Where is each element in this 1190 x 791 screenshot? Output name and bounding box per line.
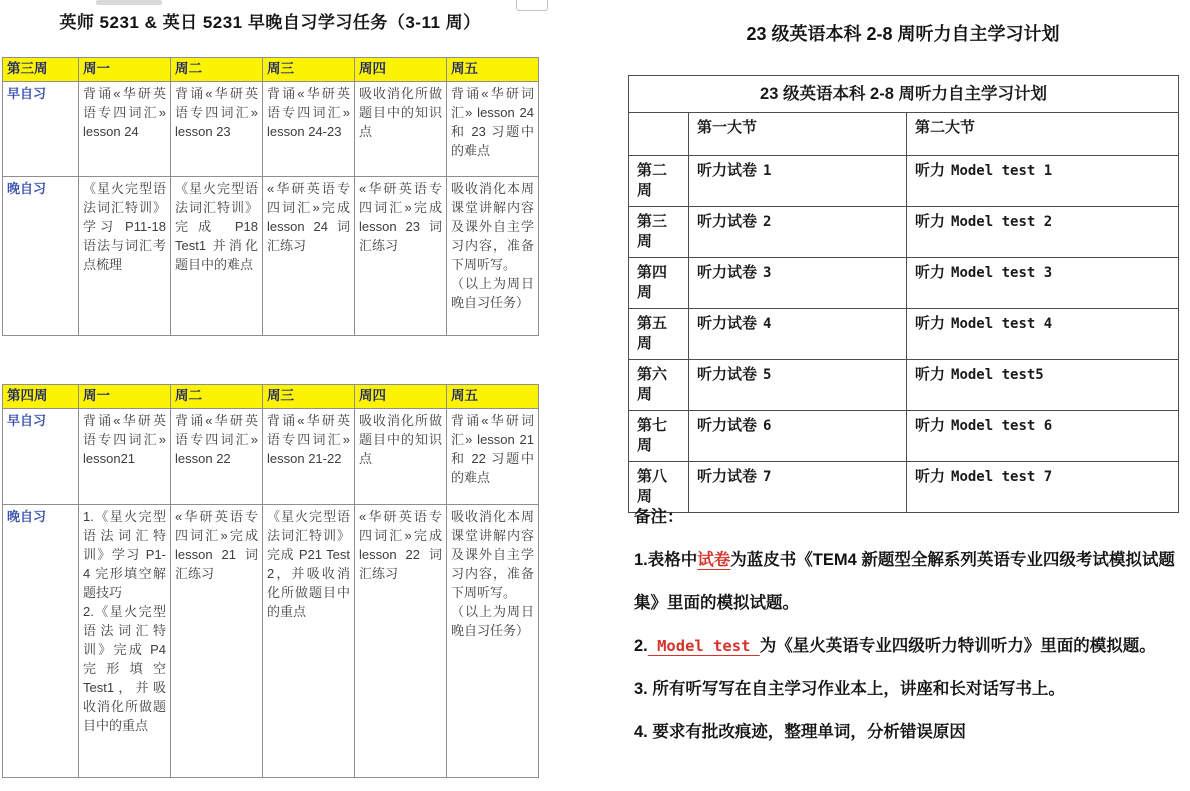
note-3: 3. 所有听写写在自主学习作业本上，讲座和长对话写书上。 [634, 668, 1186, 711]
paper-cell: 听力试卷2 [689, 207, 907, 258]
task-cell: 吸收消化所做题目中的知识点 [355, 409, 447, 505]
paper-number: 1 [763, 163, 771, 179]
listening-text: 听力 [915, 264, 945, 281]
day-header-wed: 周三 [263, 385, 355, 409]
day-header-fri: 周五 [447, 58, 539, 82]
task-cell: 背诵«华研词汇» lesson 21 和 22 习题中的难点 [447, 409, 539, 505]
paper-text: 听力试卷 [697, 366, 757, 383]
model-test-text: Model test 6 [951, 418, 1052, 434]
task-cell: «华研英语专四词汇»完成 lesson 21 词汇练习 [171, 505, 263, 778]
table-row: 第四周 听力试卷3 听力Model test 3 [629, 258, 1179, 309]
empty-corner-cell [629, 113, 689, 156]
week4-morning-row: 早自习 背诵«华研英语专四词汇» lesson21 背诵«华研英语专四词汇» l… [3, 409, 539, 505]
model-test-text: Model test5 [951, 367, 1044, 383]
paper-cell: 听力试卷5 [689, 360, 907, 411]
left-schedule-title: 英师 5231 & 英日 5231 早晚自习学习任务（3-11 周） [0, 8, 540, 33]
task-cell: 背诵«华研英语专四词汇» lesson 24 [79, 82, 171, 177]
listening-plan-page-title: 23 级英语本科 2-8 周听力自主学习计划 [628, 20, 1178, 46]
model-test-cell: 听力Model test5 [907, 360, 1179, 411]
paper-text: 听力试卷 [697, 417, 757, 434]
note-2: 2. Model test 为《星火英语专业四级听力特训听力》里面的模拟题。 [634, 625, 1186, 668]
model-test-text: Model test 4 [951, 316, 1052, 332]
model-test-cell: 听力Model test 3 [907, 258, 1179, 309]
notes-section: 备注： 1.表格中试卷为蓝皮书《TEM4 新题型全解系列英语专业四级考试模拟试题… [634, 496, 1186, 754]
period2-header: 第二大节 [907, 113, 1179, 156]
note-2-highlight: Model test [648, 637, 760, 655]
model-test-text: Model test 1 [951, 163, 1052, 179]
paper-number: 7 [763, 469, 771, 485]
task-cell: 吸收消化本周课堂讲解内容及课外自主学习内容，准备下周听写。 （以上为周日晚自习任… [447, 505, 539, 778]
task-cell: 吸收消化本周课堂讲解内容及课外自主学习内容，准备下周听写。 （以上为周日晚自习任… [447, 177, 539, 336]
week3-schedule-table: 第三周 周一 周二 周三 周四 周五 早自习 背诵«华研英语专四词汇» less… [2, 57, 539, 336]
listening-text: 听力 [915, 468, 945, 485]
listening-text: 听力 [915, 162, 945, 179]
task-cell: 背诵«华研英语专四词汇» lesson21 [79, 409, 171, 505]
listening-text: 听力 [915, 417, 945, 434]
week-label: 第二周 [629, 156, 689, 207]
week-label: 第四周 [629, 258, 689, 309]
paper-text: 听力试卷 [697, 213, 757, 230]
paper-cell: 听力试卷3 [689, 258, 907, 309]
day-header-mon: 周一 [79, 58, 171, 82]
model-test-text: Model test 7 [951, 469, 1052, 485]
week3-label: 第三周 [3, 58, 79, 82]
model-test-text: Model test 2 [951, 214, 1052, 230]
paper-cell: 听力试卷1 [689, 156, 907, 207]
listening-plan-table-title: 23 级英语本科 2-8 周听力自主学习计划 [629, 76, 1179, 113]
table-row: 第七周 听力试卷6 听力Model test 6 [629, 411, 1179, 462]
note-4: 4. 要求有批改痕迹，整理单词，分析错误原因 [634, 711, 1186, 754]
morning-row-label: 早自习 [3, 409, 79, 505]
table-row: 第五周 听力试卷4 听力Model test 4 [629, 309, 1179, 360]
task-cell: 背诵«华研词汇» lesson 24 和 23 习题中的难点 [447, 82, 539, 177]
day-header-tue: 周二 [171, 58, 263, 82]
paper-text: 听力试卷 [697, 162, 757, 179]
period1-header: 第一大节 [689, 113, 907, 156]
model-test-cell: 听力Model test 1 [907, 156, 1179, 207]
model-test-text: Model test 3 [951, 265, 1052, 281]
paper-number: 2 [763, 214, 771, 230]
task-cell: 《星火完型语法词汇特训》完成 P18 Test1 并消化题目中的难点 [171, 177, 263, 336]
listening-text: 听力 [915, 213, 945, 230]
task-cell: 《星火完型语法词汇特训》学习 P11-18 语法与词汇考点梳理 [79, 177, 171, 336]
paper-cell: 听力试卷6 [689, 411, 907, 462]
model-test-cell: 听力Model test 6 [907, 411, 1179, 462]
table-row: 第六周 听力试卷5 听力Model test5 [629, 360, 1179, 411]
scan-artifact [96, 0, 162, 5]
week3-evening-row: 晚自习 《星火完型语法词汇特训》学习 P11-18 语法与词汇考点梳理 《星火完… [3, 177, 539, 336]
model-test-cell: 听力Model test 4 [907, 309, 1179, 360]
note-1-highlight: 试卷 [697, 551, 730, 569]
paper-number: 5 [763, 367, 771, 383]
day-header-fri: 周五 [447, 385, 539, 409]
evening-row-label: 晚自习 [3, 505, 79, 778]
listening-plan-title-row: 23 级英语本科 2-8 周听力自主学习计划 [629, 76, 1179, 113]
paper-number: 3 [763, 265, 771, 281]
table-row: 第三周 听力试卷2 听力Model test 2 [629, 207, 1179, 258]
paper-number: 6 [763, 418, 771, 434]
task-cell: «华研英语专四词汇»完成 lesson 23 词汇练习 [355, 177, 447, 336]
paper-text: 听力试卷 [697, 315, 757, 332]
week4-label: 第四周 [3, 385, 79, 409]
week4-header-row: 第四周 周一 周二 周三 周四 周五 [3, 385, 539, 409]
week4-evening-row: 晚自习 1.《星火完型语法词汇特训》学习 P1-4 完形填空解题技巧 2.《星火… [3, 505, 539, 778]
listening-text: 听力 [915, 366, 945, 383]
task-cell: 吸收消化所做题目中的知识点 [355, 82, 447, 177]
task-cell: «华研英语专四词汇»完成 lesson 24 词汇练习 [263, 177, 355, 336]
week4-schedule-table: 第四周 周一 周二 周三 周四 周五 早自习 背诵«华研英语专四词汇» less… [2, 384, 539, 778]
task-cell: 背诵«华研英语专四词汇» lesson 22 [171, 409, 263, 505]
day-header-mon: 周一 [79, 385, 171, 409]
task-cell: 背诵«华研英语专四词汇» lesson 23 [171, 82, 263, 177]
week-label: 第三周 [629, 207, 689, 258]
week-label: 第五周 [629, 309, 689, 360]
paper-number: 4 [763, 316, 771, 332]
note-1: 1.表格中试卷为蓝皮书《TEM4 新题型全解系列英语专业四级考试模拟试题集》里面… [634, 539, 1186, 625]
week3-morning-row: 早自习 背诵«华研英语专四词汇» lesson 24 背诵«华研英语专四词汇» … [3, 82, 539, 177]
day-header-thu: 周四 [355, 58, 447, 82]
week-label: 第七周 [629, 411, 689, 462]
paper-cell: 听力试卷4 [689, 309, 907, 360]
day-header-thu: 周四 [355, 385, 447, 409]
task-cell: 1.《星火完型语法词汇特训》学习 P1-4 完形填空解题技巧 2.《星火完型语法… [79, 505, 171, 778]
note-1-text: 1.表格中 [634, 551, 697, 569]
task-cell: 背诵«华研英语专四词汇» lesson 21-22 [263, 409, 355, 505]
week3-header-row: 第三周 周一 周二 周三 周四 周五 [3, 58, 539, 82]
notes-heading: 备注： [634, 496, 1186, 539]
morning-row-label: 早自习 [3, 82, 79, 177]
listening-text: 听力 [915, 315, 945, 332]
day-header-tue: 周二 [171, 385, 263, 409]
table-row: 第二周 听力试卷1 听力Model test 1 [629, 156, 1179, 207]
week-label: 第六周 [629, 360, 689, 411]
task-cell: 《星火完型语法词汇特训》完成 P21 Test 2，并吸收消化所做题目中的重点 [263, 505, 355, 778]
task-cell: «华研英语专四词汇»完成 lesson 22 词汇练习 [355, 505, 447, 778]
listening-plan-table: 23 级英语本科 2-8 周听力自主学习计划 第一大节 第二大节 第二周 听力试… [628, 75, 1179, 513]
task-cell: 背诵«华研英语专四词汇» lesson 24-23 [263, 82, 355, 177]
note-2-text: 为《星火英语专业四级听力特训听力》里面的模拟题。 [760, 637, 1156, 655]
day-header-wed: 周三 [263, 58, 355, 82]
paper-text: 听力试卷 [697, 264, 757, 281]
evening-row-label: 晚自习 [3, 177, 79, 336]
paper-text: 听力试卷 [697, 468, 757, 485]
listening-plan-header-row: 第一大节 第二大节 [629, 113, 1179, 156]
model-test-cell: 听力Model test 2 [907, 207, 1179, 258]
note-2-text: 2. [634, 637, 648, 655]
